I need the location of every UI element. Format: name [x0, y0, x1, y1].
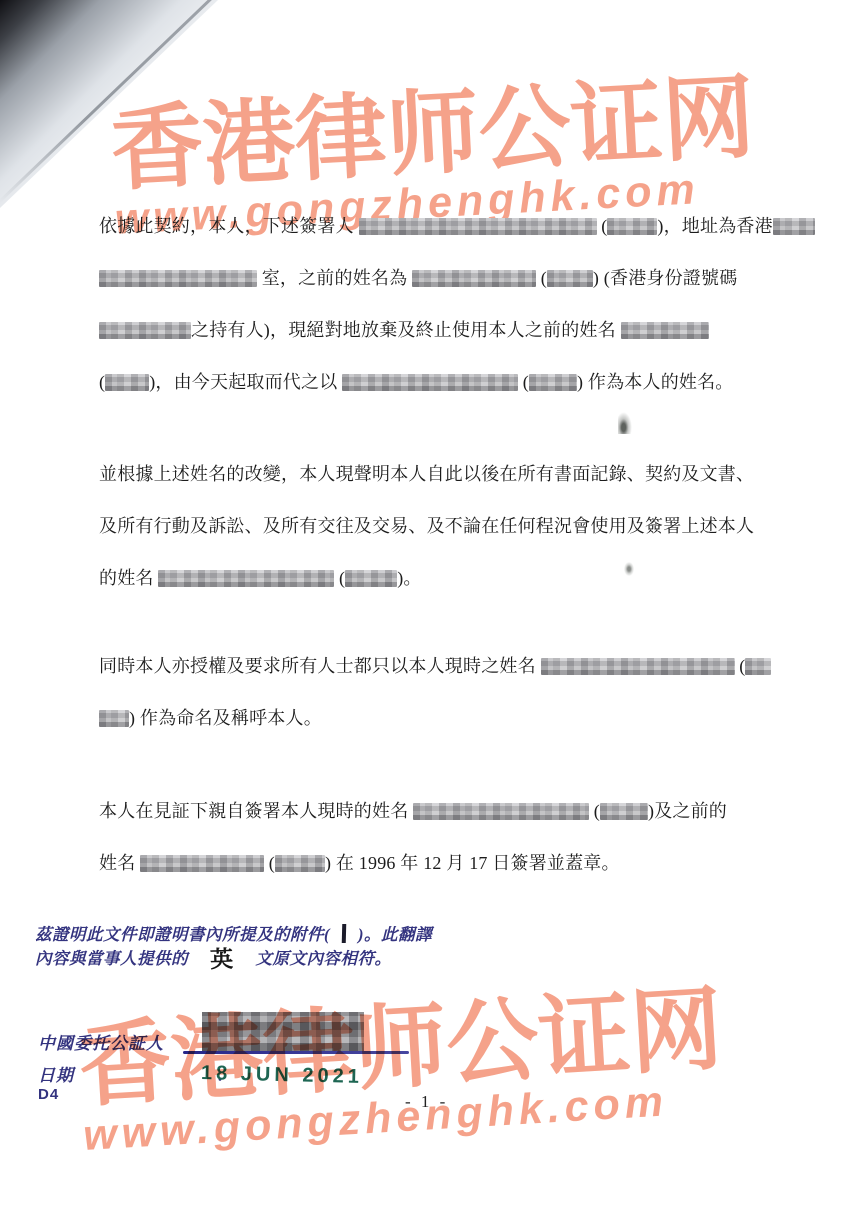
text-segment: )及之前的 [648, 801, 727, 821]
date-stamp: 18 JUN 2021 [201, 1062, 363, 1089]
text-segment: ( [536, 268, 547, 288]
text-line: ()，由今天起取而代之以 () 作為本人的姓名。 [99, 356, 789, 408]
text-line: 及所有行動及訴訟、及所有交往及交易、及不論在任何程況會使用及簽署上述本人 [99, 500, 789, 552]
text-line: 同時本人亦授權及要求所有人士都只以本人現時之姓名 ( [99, 640, 789, 692]
text-segment: 室，之前的姓名為 [257, 268, 412, 288]
text-segment: ) 在 1996 年 12 月 17 日簽署並蓋章。 [325, 853, 620, 873]
text-segment: )。 [397, 568, 421, 588]
text-segment: ) 作為本人的姓名。 [577, 372, 734, 392]
scan-corner-shadow [0, 0, 230, 225]
redacted-text [345, 570, 397, 587]
redacted-text [529, 374, 577, 391]
text-segment: 並根據上述姓名的改變，本人現聲明本人自此以後在所有書面記錄、契約及文書、 [99, 464, 754, 484]
document-code: D4 [38, 1086, 59, 1103]
redacted-text [621, 322, 709, 339]
text-segment: ) (香港身份證號碼 [593, 268, 738, 288]
text-segment: ( [589, 801, 600, 821]
text-segment: ) 作為命名及稱呼本人。 [129, 708, 322, 728]
redacted-text [99, 710, 129, 727]
text-line: 之持有人)，現絕對地放棄及終止使用本人之前的姓名 [99, 304, 789, 356]
redacted-text [99, 322, 191, 339]
text-segment: ( [264, 853, 275, 873]
redacted-text [541, 658, 735, 675]
body-paragraph: 同時本人亦授權及要求所有人士都只以本人現時之姓名 () 作為命名及稱呼本人。 [99, 640, 789, 744]
scanned-document-page: { "watermark": { "site_name": "香港律师公证网",… [0, 0, 850, 1215]
text-segment: 本人在見証下親自簽署本人現時的姓名 [99, 801, 413, 821]
text-segment: 及所有行動及訴訟、及所有交往及交易、及不論在任何程況會使用及簽署上述本人 [99, 516, 754, 536]
date-label: 日期 [38, 1061, 74, 1086]
note-line-1: 茲證明此文件即證明書內所提及的附件()。此翻譯 [35, 924, 432, 946]
text-segment: 之持有人)，現絕對地放棄及終止使用本人之前的姓名 [191, 320, 621, 340]
redacted-text [99, 270, 257, 287]
notary-certification-note: 茲證明此文件即證明書內所提及的附件()。此翻譯 內容與當事人提供的英文原文內容相… [35, 924, 432, 970]
notary-label: 中國委托公証人 [38, 1029, 164, 1054]
text-segment: ( [334, 568, 345, 588]
redacted-text [275, 855, 325, 872]
redacted-text [413, 803, 589, 820]
redacted-text [342, 374, 518, 391]
text-line: 姓名 () 在 1996 年 12 月 17 日簽署並蓋章。 [99, 837, 789, 889]
watermark-site-name: 香港律师公证网 [109, 71, 757, 197]
redacted-text [359, 218, 597, 235]
redacted-text [745, 658, 771, 675]
scan-speck [618, 412, 632, 434]
text-line: 依據此契約，本人，下述簽署人 ()，地址為香港 [99, 200, 789, 252]
redacted-text [607, 218, 657, 235]
text-segment: )，地址為香港 [657, 216, 772, 236]
note-line-2: 內容與當事人提供的英文原文內容相符。 [35, 946, 432, 970]
redacted-text [158, 570, 334, 587]
text-segment: ( [597, 216, 608, 236]
redacted-text [105, 374, 149, 391]
text-line: 的姓名 ()。 [99, 552, 789, 604]
body-paragraph: 依據此契約，本人，下述簽署人 ()，地址為香港 室，之前的姓名為 () (香港身… [99, 200, 789, 408]
page-number: - 1 - [405, 1092, 448, 1112]
body-paragraph: 並根據上述姓名的改變，本人現聲明本人自此以後在所有書面記錄、契約及文書、及所有行… [99, 448, 789, 604]
watermark-site-name: 香港律师公证网 [77, 983, 725, 1113]
text-line: 並根據上述姓名的改變，本人現聲明本人自此以後在所有書面記錄、契約及文書、 [99, 448, 789, 500]
watermark-site-url: www.gongzhenghk.com [82, 1077, 727, 1158]
text-segment: 依據此契約，本人，下述簽署人 [99, 216, 359, 236]
text-segment: 同時本人亦授權及要求所有人士都只以本人現時之姓名 [99, 656, 541, 676]
text-segment: 姓名 [99, 853, 140, 873]
handwritten-language-char: 英 [210, 949, 234, 972]
text-segment: ( [518, 372, 529, 392]
text-line: 室，之前的姓名為 () (香港身份證號碼 [99, 252, 789, 304]
redacted-text [412, 270, 536, 287]
redacted-text [773, 218, 815, 235]
text-segment: )，由今天起取而代之以 [149, 372, 342, 392]
text-segment: 的姓名 [99, 568, 158, 588]
signature-line [183, 1051, 409, 1054]
text-segment: ( [735, 656, 746, 676]
redacted-text [140, 855, 264, 872]
notary-signature-redacted [202, 1012, 364, 1051]
redacted-text [600, 803, 648, 820]
redacted-text [547, 270, 593, 287]
body-paragraph: 本人在見証下親自簽署本人現時的姓名 ()及之前的姓名 () 在 1996 年 1… [99, 785, 789, 889]
handwritten-attachment-number [342, 924, 346, 943]
text-line: 本人在見証下親自簽署本人現時的姓名 ()及之前的 [99, 785, 789, 837]
watermark-bottom: 香港律师公证网 www.gongzhenghk.com [77, 983, 728, 1158]
scan-corner-crease [0, 0, 215, 203]
text-line: ) 作為命名及稱呼本人。 [99, 692, 789, 744]
